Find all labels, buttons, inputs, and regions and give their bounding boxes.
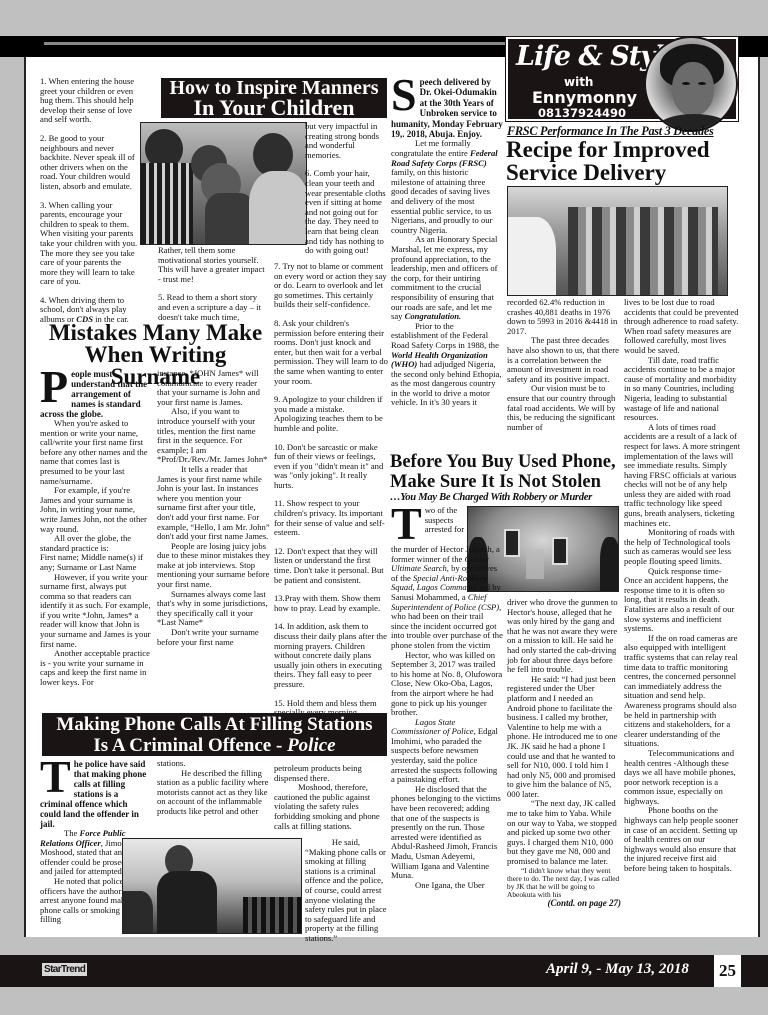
- speech-p1: Let me formally congratulate the entire …: [391, 139, 503, 235]
- used-phone-col1-top: Two of the suspects arrested for: [391, 506, 467, 542]
- frsc-c2-p5: Quick response time- Once an accident ha…: [624, 567, 740, 634]
- surname-c2-p3: It tells a reader that James is your fir…: [157, 465, 270, 542]
- manners-title-line2: In Your Children: [161, 98, 387, 117]
- tip-6: 6. Comb your hair, clean your teeth and …: [305, 169, 387, 255]
- tip-14: 14. In addition, ask them to discuss the…: [274, 622, 388, 689]
- text: family, on this historic milestone of at…: [391, 167, 492, 235]
- frsc-col2: lives to be lost due to road accidents t…: [624, 298, 740, 874]
- phone-calls-c2-p2: He described the filling station as a pu…: [157, 769, 269, 817]
- frsc-title-line2: Service Delivery: [506, 161, 756, 184]
- frsc-c2-p6: If the on road cameras are also equipped…: [624, 634, 740, 749]
- startrend-logo: StarTrend: [42, 963, 87, 976]
- tip-3: 3. When calling your parents, encourage …: [40, 201, 140, 287]
- phone-calls-col2: stations. He described the filling stati…: [157, 759, 269, 817]
- tip-13: 13.Pray with them. Show them how to pray…: [274, 594, 388, 613]
- frsc-col1: recorded 62.4% reduction in crashes 40,8…: [507, 298, 621, 432]
- used-phone-title-line2: Make Sure It Is Not Stolen: [390, 472, 622, 492]
- used-phone-headline: Before You Buy Used Phone, Make Sure It …: [390, 452, 622, 492]
- surname-p3: All over the globe, the standard practic…: [40, 534, 152, 553]
- frsc-c1-p3: Our vision must be to ensure that our co…: [507, 384, 621, 432]
- used-phone-lead-text: wo of the suspects arrested for: [425, 505, 464, 534]
- tip-10: 10. Don't be sarcastic or make fun of th…: [274, 443, 388, 491]
- phone-calls-c3-p2: Moshood, therefore, cautioned the public…: [274, 783, 386, 831]
- used-phone-lead: Two of the suspects arrested for: [391, 506, 467, 535]
- frsc-c2-p3: A lots of times road accidents are a res…: [624, 423, 740, 529]
- text: Lagos State Commissioner of Police,: [391, 717, 476, 737]
- frsc-officers-photo: [507, 186, 728, 296]
- used-phone-p4: He disclosed that the phones belonging t…: [391, 785, 503, 881]
- tip-12: 12. Don't expect that they will listen o…: [274, 547, 388, 585]
- used-phone-col2: driver who drove the gunmen to Hector's …: [507, 598, 621, 909]
- manners-cont: but very impactful in creating strong bo…: [305, 122, 387, 160]
- surname-c2-p5: Surnames always come last that's why in …: [157, 590, 270, 628]
- used-phone-c2-p2: He said: “I had just been registered und…: [507, 675, 621, 800]
- manners-under-photo: Rather, tell them some motivational stor…: [158, 246, 268, 322]
- phone-calls-col3: petroleum products being dispensed there…: [274, 764, 386, 831]
- text: The: [64, 828, 80, 838]
- surname-title-line1: Mistakes Many Make: [38, 322, 273, 344]
- used-phone-title-line1: Before You Buy Used Phone,: [390, 452, 622, 472]
- speech-lead: Speech delivered by Dr. Okei-Odumakin at…: [391, 77, 503, 139]
- phone-calls-col3-quote: He said, “Making phone calls or smoking …: [305, 838, 387, 944]
- phone-calls-title-line1: Making Phone Calls At Filling Stations: [42, 714, 387, 735]
- woman-on-phone-at-pump-photo: [122, 838, 302, 934]
- tip-8: 8. Ask your children's permission before…: [274, 319, 388, 386]
- columnist-portrait: [644, 36, 738, 132]
- surname-p5: However, if you write your surname first…: [40, 573, 152, 650]
- columnist-phone: 08137924490: [538, 106, 626, 120]
- used-phone-c2-p4: “I didn't know what they went there to d…: [507, 867, 621, 900]
- text: Let me formally congratulate the entire: [391, 138, 471, 158]
- frsc-c1-p1: recorded 62.4% reduction in crashes 40,8…: [507, 298, 621, 336]
- text: Prior to the establishment of the Federa…: [391, 321, 499, 350]
- surname-col1: People must understand that the arrangem…: [40, 369, 152, 688]
- dropcap-P: P: [40, 369, 68, 405]
- speech-column: Speech delivered by Dr. Okei-Odumakin at…: [391, 77, 503, 408]
- surname-p1: When you're asked to mention or write yo…: [40, 419, 152, 486]
- surname-p6: Another acceptable practice is - you wri…: [40, 649, 152, 687]
- tip-11: 11. Show respect to your children's priv…: [274, 499, 388, 537]
- used-phone-subtitle: …You May Be Charged With Robbery or Murd…: [390, 492, 622, 503]
- used-phone-p1: the murder of Hector Jobateh, a former w…: [391, 545, 503, 651]
- page-number: 25: [714, 955, 741, 987]
- manners-para-rather: Rather, tell them some motivational stor…: [158, 246, 268, 284]
- issue-date: April 9, - May 13, 2018: [546, 961, 689, 978]
- used-phone-c2-p3: “The next day, JK called me to take him …: [507, 799, 621, 866]
- phone-calls-c3-p1: petroleum products being dispensed there…: [274, 764, 386, 783]
- phone-calls-lead: The police have said that making phone c…: [40, 759, 150, 829]
- manners-tips-left-column: 1. When entering the house greet your ch…: [40, 77, 140, 325]
- tip-5: 5. Read to them a short story and even a…: [158, 293, 268, 322]
- surname-c2-p4: People are losing juicy jobs due to thes…: [157, 542, 270, 590]
- surname-p4: First name; Middle name(s) if any; Surna…: [40, 553, 152, 572]
- frsc-c2-p4: Monitoring of roads with the help of Tec…: [624, 528, 740, 566]
- frsc-title-line1: Recipe for Improved: [506, 138, 756, 161]
- children-laughing-photo: [140, 122, 307, 245]
- dropcap-S: S: [391, 77, 417, 113]
- frsc-headline: Recipe for Improved Service Delivery: [506, 138, 756, 184]
- used-phone-p3: Lagos State Commissioner of Police, Edga…: [391, 718, 503, 785]
- manners-right-top-column: but very impactful in creating strong bo…: [305, 122, 387, 265]
- manners-right-column: 7. Try not to blame or comment on every …: [274, 262, 388, 718]
- phone-calls-title-line2-text: Is A Criminal Offence -: [93, 735, 287, 756]
- columnist-name: Ennymonny: [532, 88, 637, 107]
- page-footer: StarTrend April 9, - May 13, 2018 25: [0, 955, 768, 987]
- phone-calls-headline-banner: Making Phone Calls At Filling Stations I…: [42, 713, 387, 756]
- frsc-c2-p7: Telecommunications and health centres -A…: [624, 749, 740, 807]
- used-phone-col1: the murder of Hector Jobateh, a former w…: [391, 545, 503, 890]
- header-rule: [44, 42, 514, 45]
- life-style-with: with: [564, 75, 593, 89]
- phone-calls-title-italic: Police: [287, 735, 336, 756]
- tip-2: 2. Be good to your neighbours and never …: [40, 134, 140, 192]
- surname-c2-p6: Don't write your surname before your fir…: [157, 628, 270, 647]
- manners-headline-banner: How to Inspire Manners In Your Children: [161, 78, 387, 118]
- continued-on-page-link: (Contd. on page 27): [507, 899, 621, 909]
- text: Congratulation.: [405, 311, 462, 321]
- surname-c2-p1: instance, *JOHN James* will communicate …: [157, 369, 270, 407]
- frsc-c2-p8: Phone booths on the highways can help pe…: [624, 806, 740, 873]
- phone-calls-title-line2: Is A Criminal Offence - Police: [42, 735, 387, 756]
- used-phone-p5: One Igana, the Uber: [391, 881, 503, 891]
- used-phone-p2: Hector, who was killed on September 3, 2…: [391, 651, 503, 718]
- phone-calls-quote: “Making phone calls or smoking at fillin…: [305, 848, 387, 944]
- speech-p2: As an Honorary Special Marshal, let me e…: [391, 235, 503, 321]
- text: Edgal Imohimi, who paraded the suspects …: [391, 726, 498, 784]
- tip-9: 9. Apologize to your children if you mad…: [274, 395, 388, 433]
- tip-1: 1. When entering the house greet your ch…: [40, 77, 140, 125]
- dropcap-T2: T: [391, 506, 422, 542]
- frsc-c1-p2: The past three decades have also shown t…: [507, 336, 621, 384]
- frsc-c2-p2: Till date, road traffic accidents contin…: [624, 356, 740, 423]
- speech-p3: Prior to the establishment of the Federa…: [391, 322, 503, 408]
- surname-col2: instance, *JOHN James* will communicate …: [157, 369, 270, 647]
- surname-lead: People must understand that the arrangem…: [40, 369, 152, 419]
- tip-7: 7. Try not to blame or comment on every …: [274, 262, 388, 310]
- used-phone-c2-p1: driver who drove the gunmen to Hector's …: [507, 598, 621, 675]
- text: As an Honorary Special Marshal, let me e…: [391, 234, 498, 321]
- surname-c2-p2: Also, if you want to introduce yourself …: [157, 407, 270, 465]
- surname-p2: For example, if you're James and your su…: [40, 486, 152, 534]
- dropcap-T: T: [40, 759, 71, 795]
- frsc-c2-p1: lives to be lost due to road accidents t…: [624, 298, 740, 356]
